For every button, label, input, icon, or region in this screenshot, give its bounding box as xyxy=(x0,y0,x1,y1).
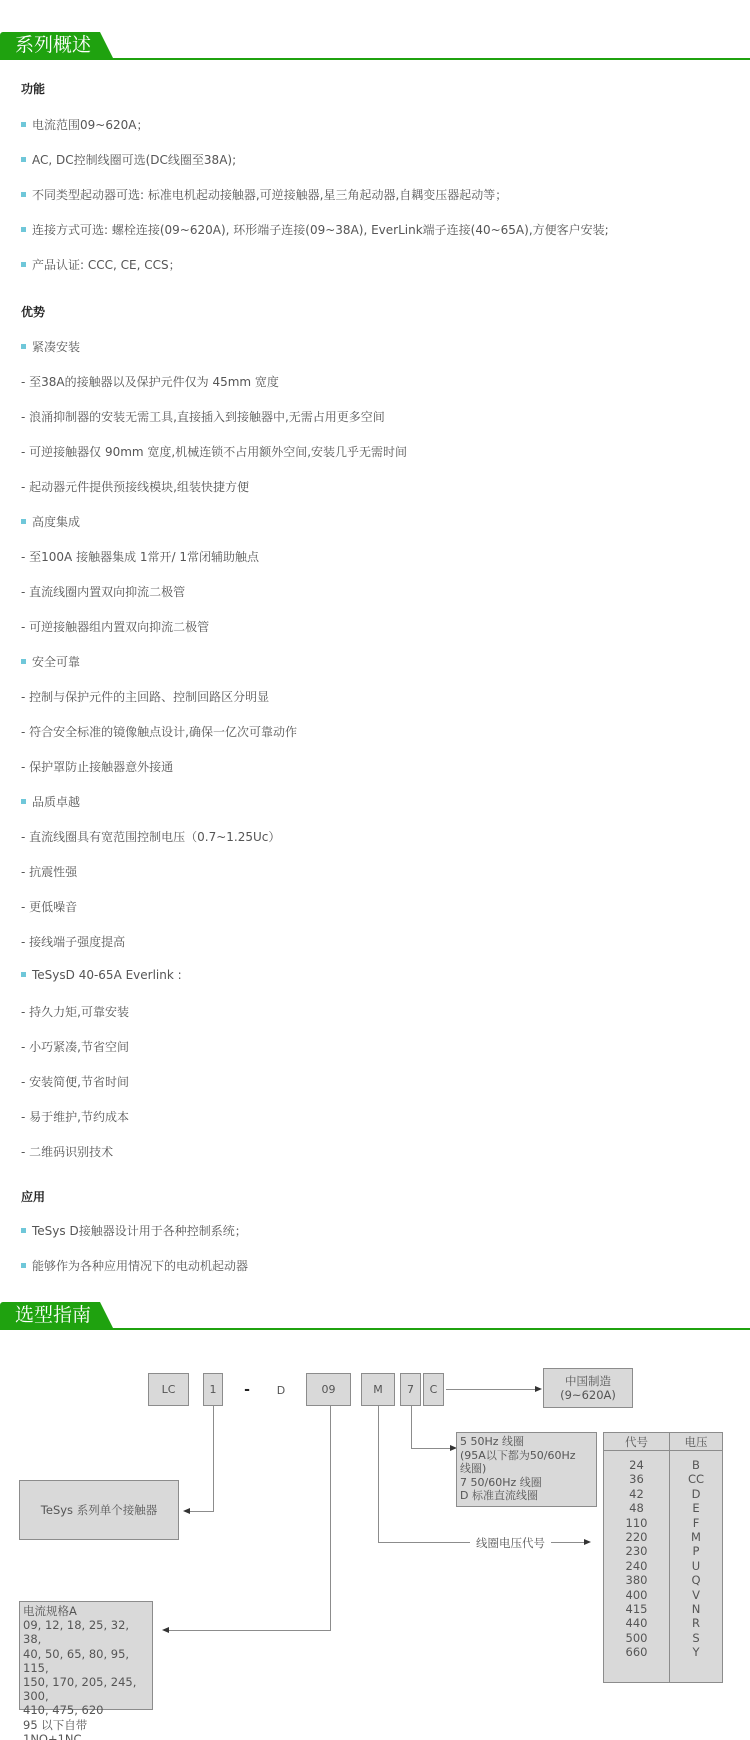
advantage-detail: - 持久力矩,可靠安装 xyxy=(21,1003,129,1020)
code-box-lc: LC xyxy=(148,1373,189,1406)
features-heading: 功能 xyxy=(21,80,45,97)
bullet-icon xyxy=(21,659,26,664)
connector-line xyxy=(411,1406,412,1449)
bullet-icon xyxy=(21,157,26,162)
advantage-detail: - 接线端子强度提高 xyxy=(21,933,125,950)
advantage-detail: - 更低噪音 xyxy=(21,898,77,915)
connector-line xyxy=(411,1448,451,1449)
advantage-detail: - 可逆接触器仅 90mm 宽度,机械连锁不占用额外空间,安装几乎无需时间 xyxy=(21,443,407,460)
advantages-heading: 优势 xyxy=(21,303,45,320)
advantage-detail: - 至100A 接触器集成 1常开/ 1常闭辅助触点 xyxy=(21,548,259,565)
series-box: TeSys 系列单个接触器 xyxy=(19,1480,179,1540)
arrow-left-icon xyxy=(162,1627,169,1633)
advantage-detail: - 起动器元件提供预接线模块,组装快捷方便 xyxy=(21,478,249,495)
bullet-icon xyxy=(21,192,26,197)
connector-line xyxy=(213,1406,214,1512)
table-header-rule xyxy=(604,1450,722,1451)
advantage-detail: - 易于维护,节约成本 xyxy=(21,1108,129,1125)
coil-voltage-label: 线圈电压代号 xyxy=(476,1535,556,1551)
application-item: TeSys D接触器设计用于各种控制系统； xyxy=(21,1222,247,1239)
feature-item: 产品认证: CCC, CE, CCS； xyxy=(21,256,181,273)
section-title: 选型指南 xyxy=(0,1302,100,1328)
advantage-detail: - 二维码识别技术 xyxy=(21,1143,113,1160)
arrow-right-icon xyxy=(584,1539,591,1545)
bullet-icon xyxy=(21,1263,26,1268)
origin-box: 中国制造 (9~620A) xyxy=(543,1368,633,1408)
advantage-detail: - 小巧紧凑,节省空间 xyxy=(21,1038,129,1055)
advantage-detail: - 控制与保护元件的主回路、控制回路区分明显 xyxy=(21,688,269,705)
code-box-origin: C xyxy=(423,1373,444,1406)
advantage-group: 安全可靠 xyxy=(21,653,80,670)
bullet-icon xyxy=(21,799,26,804)
applications-heading: 应用 xyxy=(21,1188,45,1205)
table-header-code: 代号 xyxy=(604,1434,669,1450)
table-column-codes: 24 36 42 48 110 220 230 240 380 400 415 … xyxy=(604,1458,669,1660)
code-box-1: 1 xyxy=(203,1373,223,1406)
application-item: 能够作为各种应用情况下的电动机起动器 xyxy=(21,1257,248,1274)
connector-line xyxy=(446,1389,536,1390)
advantage-group: 高度集成 xyxy=(21,513,80,530)
bullet-icon xyxy=(21,972,26,977)
table-column-letters: B CC D E F M P U Q V N R S Y xyxy=(670,1458,722,1660)
section-rule xyxy=(0,58,750,60)
coil-type-box: 5 50Hz 线圈 (95A以下都为50/60Hz 线圈) 7 50/60Hz … xyxy=(456,1432,597,1507)
table-header-voltage: 电压 xyxy=(670,1434,722,1450)
code-box-rating: 09 xyxy=(306,1373,351,1406)
code-box-freq: 7 xyxy=(400,1373,421,1406)
section-title: 系列概述 xyxy=(0,32,100,58)
advantage-group: 紧凑安装 xyxy=(21,338,80,355)
connector-line xyxy=(378,1406,379,1543)
advantage-detail: - 浪涌抑制器的安装无需工具,直接插入到接触器中,无需占用更多空间 xyxy=(21,408,385,425)
arrow-right-icon xyxy=(535,1386,542,1392)
code-dash: - xyxy=(240,1380,254,1400)
bullet-icon xyxy=(21,1228,26,1233)
connector-line xyxy=(186,1511,214,1512)
bullet-icon xyxy=(21,262,26,267)
advantage-detail: - 至38A的接触器以及保护元件仅为 45mm 宽度 xyxy=(21,373,279,390)
feature-item: 连接方式可选: 螺栓连接(09~620A), 环形端子连接(09~38A), E… xyxy=(21,221,609,238)
section-header-selection: 选型指南 xyxy=(0,1302,750,1330)
bullet-icon xyxy=(21,519,26,524)
feature-item: 不同类型起动器可选: 标准电机起动接触器,可逆接触器,星三角起动器,自耦变压器起… xyxy=(21,186,507,203)
advantage-detail: - 符合安全标准的镜像触点设计,确保一亿次可靠动作 xyxy=(21,723,297,740)
advantage-detail: - 抗震性强 xyxy=(21,863,77,880)
connector-line xyxy=(330,1406,331,1631)
advantage-group: TeSysD 40-65A Everlink : xyxy=(21,968,182,982)
bullet-icon xyxy=(21,227,26,232)
feature-item: 电流范围09~620A； xyxy=(21,116,148,133)
advantage-detail: - 直流线圈内置双向抑流二极管 xyxy=(21,583,185,600)
connector-line xyxy=(551,1542,585,1543)
tab-slant-decoration xyxy=(100,1302,113,1328)
bullet-icon xyxy=(21,122,26,127)
advantage-detail: - 直流线圈具有宽范围控制电压（0.7~1.25Uc） xyxy=(21,828,280,845)
advantage-group: 品质卓越 xyxy=(21,793,80,810)
advantage-detail: - 可逆接触器组内置双向抑流二极管 xyxy=(21,618,209,635)
code-box-voltage: M xyxy=(361,1373,395,1406)
tab-slant-decoration xyxy=(100,32,113,58)
advantage-detail: - 安装简便,节省时间 xyxy=(21,1073,129,1090)
arrow-left-icon xyxy=(183,1508,190,1514)
bullet-icon xyxy=(21,344,26,349)
current-rating-box: 电流规格A 09, 12, 18, 25, 32, 38, 40, 50, 65… xyxy=(19,1601,153,1710)
voltage-code-table: 代号 电压 24 36 42 48 110 220 230 240 380 40… xyxy=(603,1432,723,1683)
feature-item: AC, DC控制线圈可选(DC线圈至38A); xyxy=(21,151,236,168)
connector-line xyxy=(378,1542,470,1543)
code-d: D xyxy=(272,1380,290,1400)
advantage-detail: - 保护罩防止接触器意外接通 xyxy=(21,758,173,775)
connector-line xyxy=(166,1630,331,1631)
section-header-overview: 系列概述 xyxy=(0,32,750,60)
section-rule xyxy=(0,1328,750,1330)
